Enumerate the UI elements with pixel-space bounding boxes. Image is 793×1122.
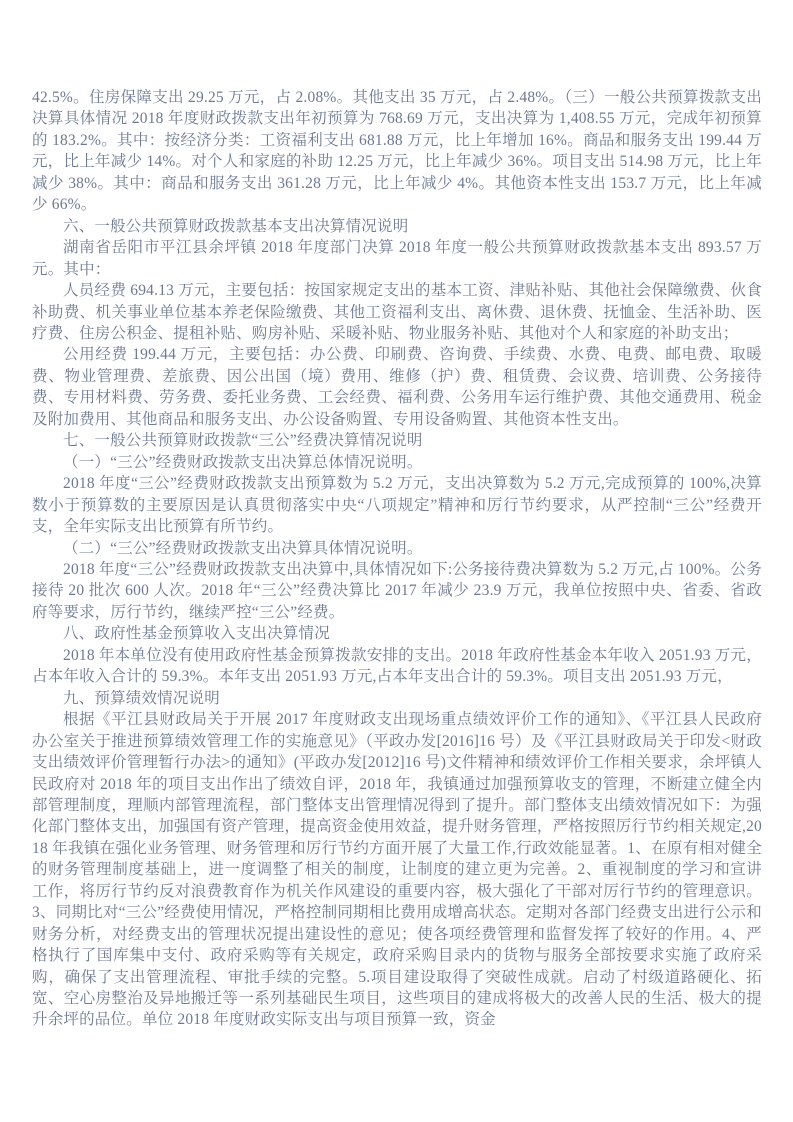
paragraph: 42.5%。住房保障支出 29.25 万元，占 2.08%。其他支出 35 万元… — [32, 87, 762, 216]
paragraph: 2018 年度“三公”经费财政拨款支出预算数为 5.2 万元，支出决算数为 5.… — [32, 473, 762, 537]
paragraph: 2018 年本单位没有使用政府性基金预算拨款安排的支出。2018 年政府性基金本… — [32, 645, 762, 688]
paragraph: （一）“三公”经费财政拨款支出决算总体情况说明。 — [32, 452, 762, 473]
paragraph: 2018 年度“三公”经费财政拨款支出决算中,具体情况如下:公务接待费决算数为 … — [32, 559, 762, 623]
paragraph: 公用经费 199.44 万元，主要包括：办公费、印刷费、咨询费、手续费、水费、电… — [32, 344, 762, 430]
section-heading: 八、政府性基金预算收入支出决算情况 — [32, 623, 762, 644]
document-body: 42.5%。住房保障支出 29.25 万元，占 2.08%。其他支出 35 万元… — [32, 87, 762, 1031]
section-heading: 九、预算绩效情况说明 — [32, 688, 762, 709]
section-heading: 七、一般公共预算财政拨款“三公”经费决算情况说明 — [32, 430, 762, 451]
paragraph: 根据《平江县财政局关于开展 2017 年度财政支出现场重点绩效评价工作的通知》、… — [32, 709, 762, 1031]
paragraph: （二）“三公”经费财政拨款支出决算具体情况说明。 — [32, 538, 762, 559]
section-heading: 六、一般公共预算财政拨款基本支出决算情况说明 — [32, 216, 762, 237]
paragraph: 湖南省岳阳市平江县余坪镇 2018 年度部门决算 2018 年度一般公共预算财政… — [32, 237, 762, 280]
paragraph: 人员经费 694.13 万元，主要包括：按国家规定支出的基本工资、津贴补贴、其他… — [32, 280, 762, 344]
document-page: 42.5%。住房保障支出 29.25 万元，占 2.08%。其他支出 35 万元… — [0, 0, 793, 1122]
